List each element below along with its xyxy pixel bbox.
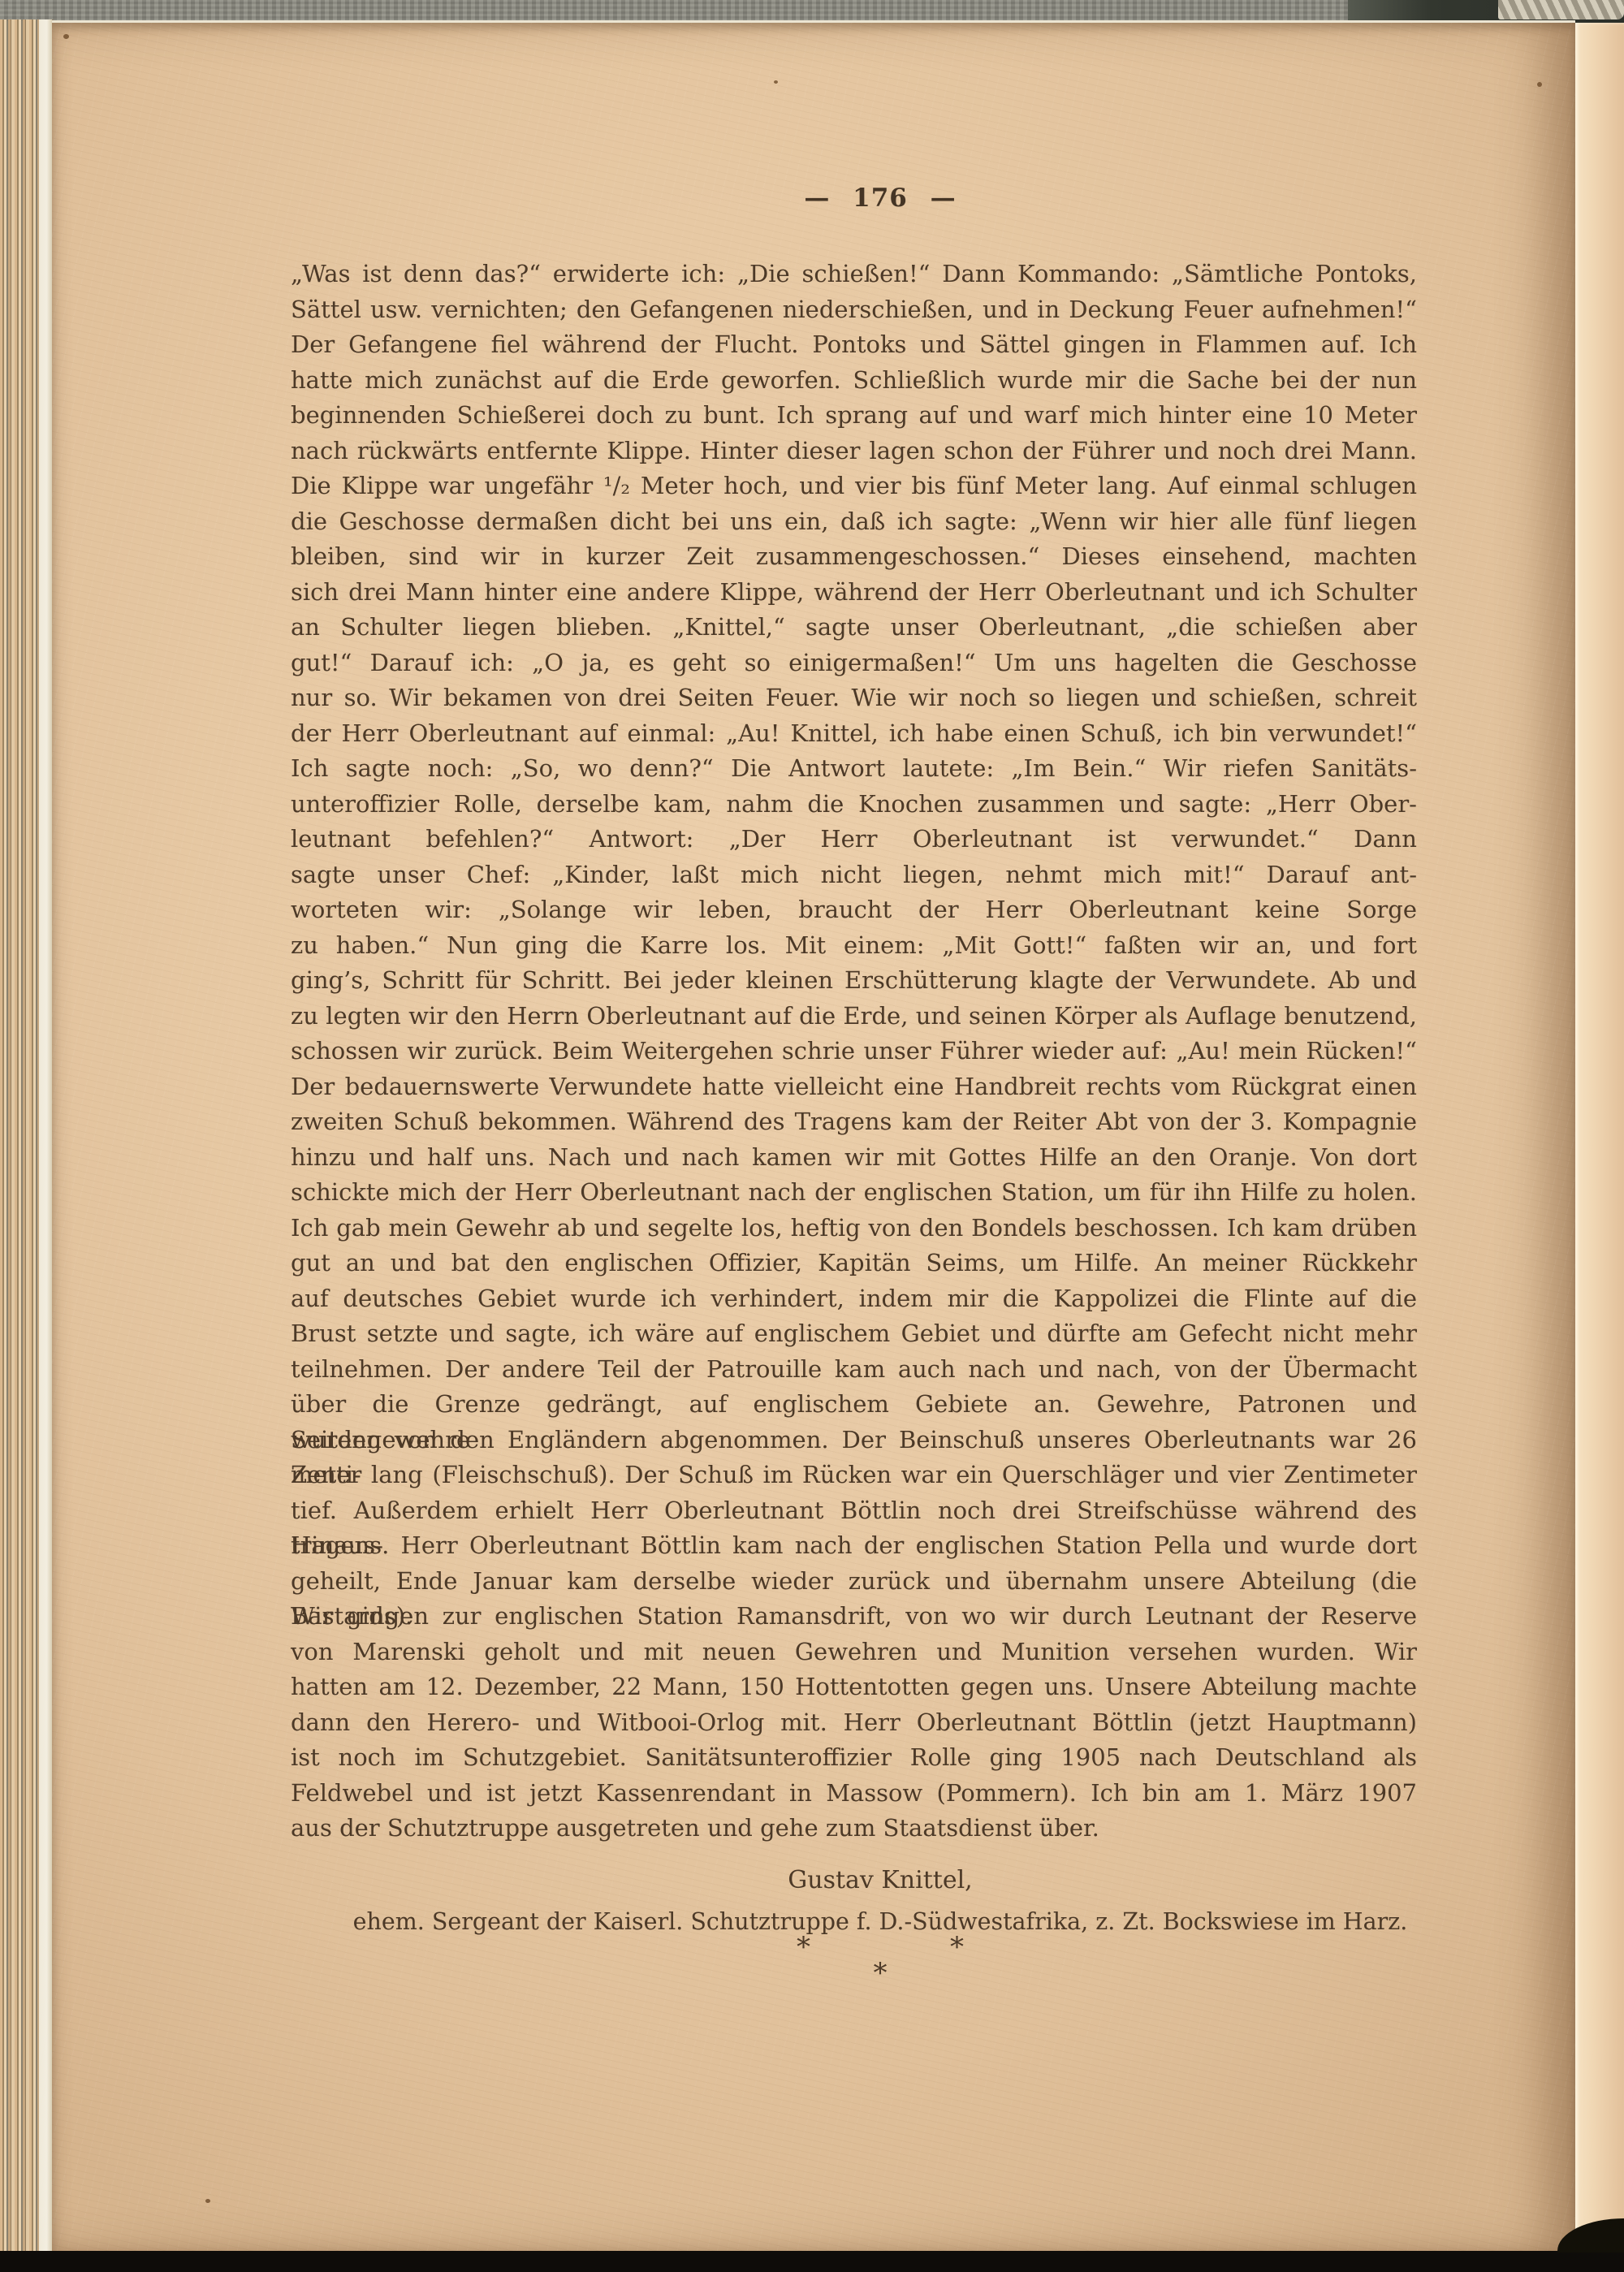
asterism-bottom: * <box>319 1957 1441 1989</box>
text-line: hatte mich zunächst auf die Erde geworfe… <box>291 363 1417 399</box>
page-edges-stack <box>0 19 39 2272</box>
text-line: tragens. Herr Oberleutnant Böttlin kam n… <box>291 1528 1417 1564</box>
text-line: Der Gefangene fiel während der Flucht. P… <box>291 327 1417 363</box>
text-line: Wir gingen zur englischen Station Ramans… <box>291 1599 1417 1635</box>
text-line: Ich sagte noch: „So, wo denn?“ Die Antwo… <box>291 751 1417 787</box>
text-line: die Geschosse dermaßen dicht bei uns ein… <box>291 504 1417 540</box>
text-line: dann den Herero- und Witbooi-Orlog mit. … <box>291 1705 1417 1741</box>
text-line: an Schulter liegen blieben. „Knittel,“ s… <box>291 610 1417 646</box>
text-line: nach rückwärts entfernte Klippe. Hinter … <box>291 434 1417 469</box>
table-surface <box>0 2251 1624 2272</box>
body-text: „Was ist denn das?“ erwiderte ich: „Die … <box>291 257 1417 1847</box>
text-line: teilnehmen. Der andere Teil der Patrouil… <box>291 1352 1417 1388</box>
text-line: „Was ist denn das?“ erwiderte ich: „Die … <box>291 257 1417 292</box>
text-line: der Herr Oberleutnant auf einmal: „Au! K… <box>291 716 1417 752</box>
signature-name: Gustav Knittel, <box>319 1866 1441 1894</box>
text-line: zweiten Schuß bekommen. Während des Trag… <box>291 1104 1417 1140</box>
text-line: ist noch im Schutzgebiet. Sanitätsuntero… <box>291 1740 1417 1776</box>
text-line: wurden von den Engländern abgenommen. De… <box>291 1423 1417 1458</box>
text-line: hinzu und half uns. Nach und nach kamen … <box>291 1140 1417 1176</box>
text-line: schickte mich der Herr Oberleutnant nach… <box>291 1175 1417 1211</box>
text-line: gut an und bat den englischen Offizier, … <box>291 1246 1417 1281</box>
text-line: unteroffizier Rolle, derselbe kam, nahm … <box>291 787 1417 823</box>
text-line: hatten am 12. Dezember, 22 Mann, 150 Hot… <box>291 1669 1417 1705</box>
text-line: schossen wir zurück. Beim Weitergehen sc… <box>291 1034 1417 1069</box>
text-line: Der bedauernswerte Verwundete hatte viel… <box>291 1069 1417 1105</box>
text-line: worteten wir: „Solange wir leben, brauch… <box>291 892 1417 928</box>
paper-speck <box>774 80 778 84</box>
text-line: beginnenden Schießerei doch zu bunt. Ich… <box>291 398 1417 434</box>
text-line: tief. Außerdem erhielt Herr Oberleutnant… <box>291 1493 1417 1529</box>
text-line: bleiben, sind wir in kurzer Zeit zusamme… <box>291 539 1417 575</box>
text-line: auf deutsches Gebiet wurde ich verhinder… <box>291 1281 1417 1317</box>
text-line: gut!“ Darauf ich: „O ja, es geht so eini… <box>291 646 1417 681</box>
paper-speck <box>205 2199 210 2203</box>
text-line: zu legten wir den Herrn Oberleutnant auf… <box>291 999 1417 1034</box>
text-line: von Marenski geholt und mit neuen Gewehr… <box>291 1635 1417 1670</box>
text-line: sagte unser Chef: „Kinder, laßt mich nic… <box>291 857 1417 893</box>
text-line: Brust setzte und sagte, ich wäre auf eng… <box>291 1316 1417 1352</box>
text-line: über die Grenze gedrängt, auf englischem… <box>291 1387 1417 1423</box>
page-number: — 176 — <box>319 184 1441 213</box>
text-line: leutnant befehlen?“ Antwort: „Der Herr O… <box>291 822 1417 857</box>
text-line: Ich gab mein Gewehr ab und segelte los, … <box>291 1211 1417 1246</box>
text-line: Feldwebel und ist jetzt Kassenrendant in… <box>291 1776 1417 1812</box>
text-line: meter lang (Fleischschuß). Der Schuß im … <box>291 1458 1417 1493</box>
text-line: nur so. Wir bekamen von drei Seiten Feue… <box>291 680 1417 716</box>
text-line: Die Klippe war ungefähr ¹/₂ Meter hoch, … <box>291 469 1417 504</box>
text-line: ging’s, Schritt für Schritt. Bei jeder k… <box>291 963 1417 999</box>
text-line: zu haben.“ Nun ging die Karre los. Mit e… <box>291 928 1417 964</box>
paper-speck <box>63 34 69 39</box>
next-page-gutter <box>1575 23 1624 2251</box>
paper-speck <box>1537 82 1542 87</box>
text-line: Sättel usw. vernichten; den Gefangenen n… <box>291 292 1417 328</box>
text-line: sich drei Mann hinter eine andere Klippe… <box>291 575 1417 611</box>
book-headband <box>1498 0 1624 19</box>
book-scan: — 176 — „Was ist denn das?“ erwiderte ic… <box>0 0 1624 2272</box>
text-line: aus der Schutztruppe ausgetreten und geh… <box>291 1811 1417 1847</box>
text-line: geheilt, Ende Januar kam derselbe wieder… <box>291 1564 1417 1600</box>
